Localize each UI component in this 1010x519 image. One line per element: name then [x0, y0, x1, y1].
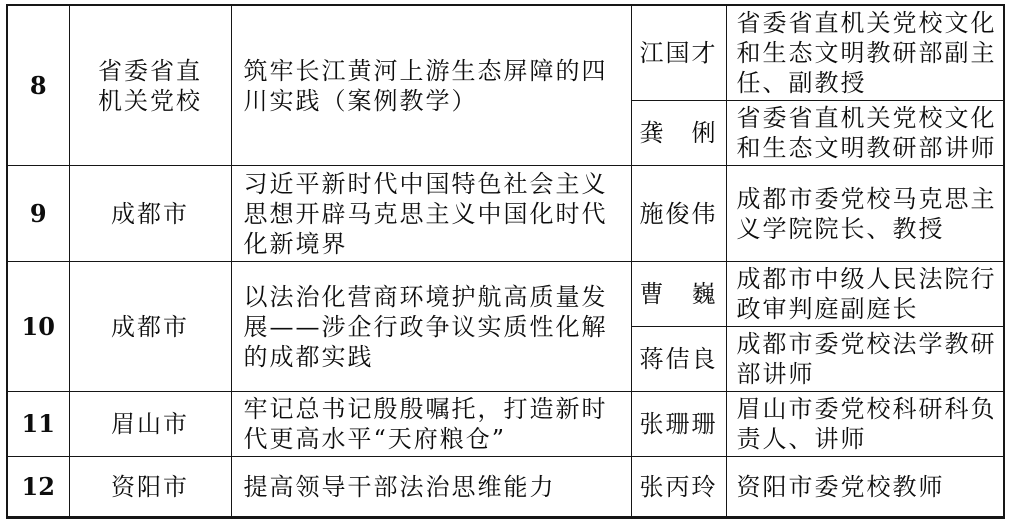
table-row-10a: 10 成都市 以法治化营商环境护航高质量发展——涉企行政争议实质性化解的成都实践… [7, 262, 1004, 327]
award-table: 8 省委省直机关党校 筑牢长江黄河上游生态屏障的四川实践（案例教学） 江国才 省… [6, 4, 1005, 519]
name-cell: 龚 俐 [631, 101, 726, 166]
position-cell: 资阳市委党校教师 [726, 457, 1004, 518]
table-row-8a: 8 省委省直机关党校 筑牢长江黄河上游生态屏障的四川实践（案例教学） 江国才 省… [7, 5, 1004, 101]
table-row-11: 11 眉山市 牢记总书记殷殷嘱托，打造新时代更高水平“天府粮仓” 张珊珊 眉山市… [7, 392, 1004, 457]
org-cell: 省委省直机关党校 [69, 5, 231, 166]
position-cell: 省委省直机关党校文化和生态文明教研部副主任、副教授 [726, 5, 1004, 101]
row-number: 9 [7, 166, 69, 262]
title-cell: 筑牢长江黄河上游生态屏障的四川实践（案例教学） [231, 5, 631, 166]
org-cell: 成都市 [69, 166, 231, 262]
name-cell: 施俊伟 [631, 166, 726, 262]
name-cell: 张珊珊 [631, 392, 726, 457]
name-cell: 张丙玲 [631, 457, 726, 518]
name-cell: 江国才 [631, 5, 726, 101]
title-cell: 提高领导干部法治思维能力 [231, 457, 631, 518]
title-cell: 牢记总书记殷殷嘱托，打造新时代更高水平“天府粮仓” [231, 392, 631, 457]
table-row-9: 9 成都市 习近平新时代中国特色社会主义思想开辟马克思主义中国化时代化新境界 施… [7, 166, 1004, 262]
name-cell: 蒋佶良 [631, 327, 726, 392]
position-cell: 成都市中级人民法院行政审判庭副庭长 [726, 262, 1004, 327]
org-label: 省委省直机关党校 [97, 56, 203, 116]
row-number: 11 [7, 392, 69, 457]
org-label: 资阳市 [111, 472, 189, 502]
org-cell: 眉山市 [69, 392, 231, 457]
row-number: 12 [7, 457, 69, 518]
table-row-12: 12 资阳市 提高领导干部法治思维能力 张丙玲 资阳市委党校教师 [7, 457, 1004, 518]
position-cell: 眉山市委党校科研科负责人、讲师 [726, 392, 1004, 457]
title-cell: 以法治化营商环境护航高质量发展——涉企行政争议实质性化解的成都实践 [231, 262, 631, 392]
org-cell: 成都市 [69, 262, 231, 392]
org-label: 眉山市 [111, 409, 189, 439]
org-label: 成都市 [111, 199, 189, 229]
position-cell: 成都市委党校法学教研部讲师 [726, 327, 1004, 392]
name-cell: 曹 巍 [631, 262, 726, 327]
position-cell: 成都市委党校马克思主义学院院长、教授 [726, 166, 1004, 262]
org-cell: 资阳市 [69, 457, 231, 518]
org-label: 成都市 [111, 312, 189, 342]
row-number: 8 [7, 5, 69, 166]
row-number: 10 [7, 262, 69, 392]
position-cell: 省委省直机关党校文化和生态文明教研部讲师 [726, 101, 1004, 166]
title-cell: 习近平新时代中国特色社会主义思想开辟马克思主义中国化时代化新境界 [231, 166, 631, 262]
document-page: 8 省委省直机关党校 筑牢长江黄河上游生态屏障的四川实践（案例教学） 江国才 省… [0, 0, 1010, 519]
